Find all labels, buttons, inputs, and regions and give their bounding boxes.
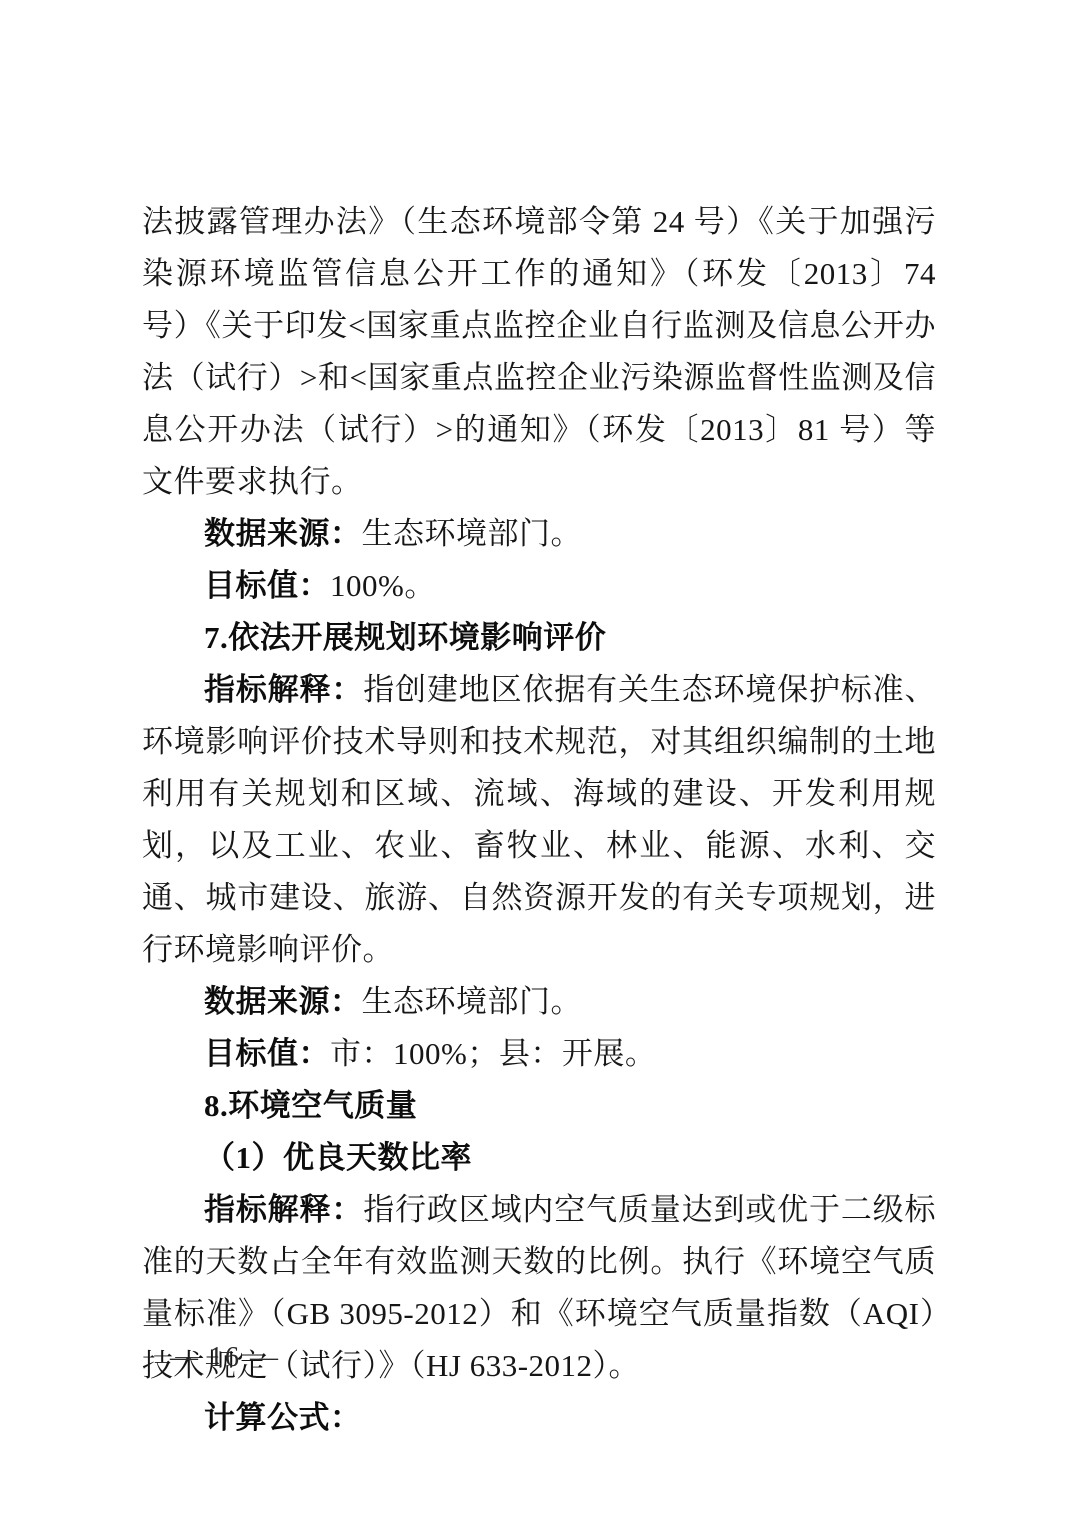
field-value-target-value-1: 100%。	[330, 568, 436, 603]
field-target-value-1: 目标值：100%。	[142, 560, 936, 612]
paragraph-indicator-explanation-1: 指标解释：指创建地区依据有关生态环境保护标准、环境影响评价技术导则和技术规范，对…	[142, 664, 936, 976]
paragraph-regulation-references: 法披露管理办法》（生态环境部令第 24 号）《关于加强污染源环境监管信息公开工作…	[142, 196, 936, 508]
field-label-indicator-explanation-2: 指标解释：	[204, 1192, 363, 1227]
field-value-indicator-explanation-1: 指创建地区依据有关生态环境保护标准、环境影响评价技术导则和技术规范，对其组织编制…	[142, 672, 936, 967]
field-label-target-value-2: 目标值：	[204, 1036, 330, 1071]
field-data-source-1: 数据来源：生态环境部门。	[142, 508, 936, 560]
document-page: 法披露管理办法》（生态环境部令第 24 号）《关于加强污染源环境监管信息公开工作…	[0, 0, 1074, 1520]
field-value-data-source-1: 生态环境部门。	[362, 516, 583, 551]
document-content: 法披露管理办法》（生态环境部令第 24 号）《关于加强污染源环境监管信息公开工作…	[142, 196, 936, 1444]
heading-indicator-8: 8.环境空气质量	[142, 1080, 936, 1132]
field-label-indicator-explanation-1: 指标解释：	[204, 672, 363, 707]
page-footer: — 16 —	[170, 1338, 280, 1378]
field-target-value-2: 目标值：市：100%；县：开展。	[142, 1028, 936, 1080]
field-data-source-2: 数据来源：生态环境部门。	[142, 976, 936, 1028]
page-number: — 16 —	[170, 1342, 280, 1373]
heading-sub-indicator-8-1: （1）优良天数比率	[142, 1132, 936, 1184]
heading-calculation-formula: 计算公式：	[142, 1392, 936, 1444]
field-label-data-source-2: 数据来源：	[204, 984, 362, 1019]
field-value-target-value-2: 市：100%；县：开展。	[330, 1036, 656, 1071]
heading-indicator-7: 7.依法开展规划环境影响评价	[142, 612, 936, 664]
field-label-target-value-1: 目标值：	[204, 568, 330, 603]
field-label-data-source-1: 数据来源：	[204, 516, 362, 551]
field-value-data-source-2: 生态环境部门。	[362, 984, 583, 1019]
